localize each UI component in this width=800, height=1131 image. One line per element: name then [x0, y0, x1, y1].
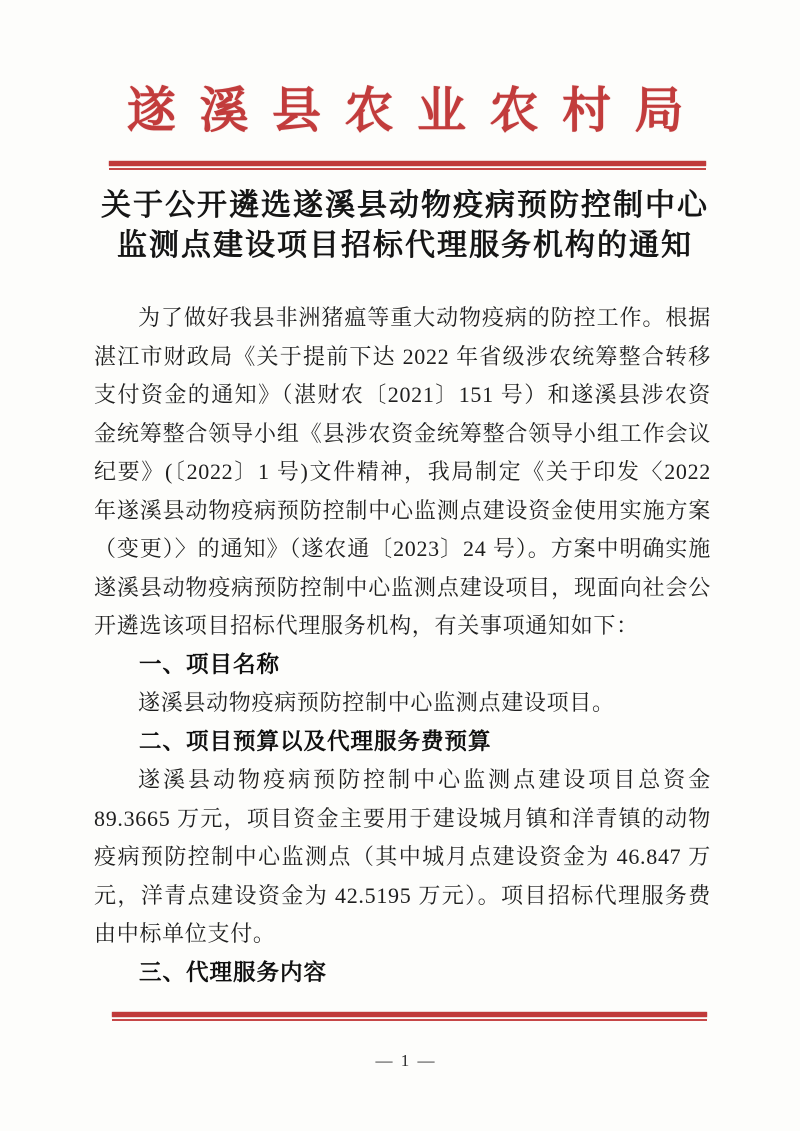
page-number: — 1 —: [0, 1050, 800, 1072]
section-2-heading: 二、项目预算以及代理服务费预算: [94, 723, 711, 762]
document-title-line-1: 关于公开遴选遂溪县动物疫病预防控制中心: [10, 186, 800, 226]
section-1-heading: 一、项目名称: [94, 646, 711, 685]
document-title: 关于公开遴选遂溪县动物疫病预防控制中心 监测点建设项目招标代理服务机构的通知: [0, 186, 800, 266]
intro-paragraph: 为了做好我县非洲猪瘟等重大动物疫病的防控工作。根据湛江市财政局《关于提前下达 2…: [94, 299, 711, 646]
document-title-line-2: 监测点建设项目招标代理服务机构的通知: [10, 226, 800, 266]
document-body: 为了做好我县非洲猪瘟等重大动物疫病的防控工作。根据湛江市财政局《关于提前下达 2…: [94, 299, 711, 992]
section-3-heading: 三、代理服务内容: [94, 954, 711, 993]
footer-divider-thin-line: [112, 1019, 707, 1021]
letterhead-divider-rule: [109, 161, 706, 170]
section-2-paragraph: 遂溪县动物疫病预防控制中心监测点建设项目总资金 89.3665 万元，项目资金主…: [94, 761, 711, 954]
section-1-paragraph: 遂溪县动物疫病预防控制中心监测点建设项目。: [94, 684, 711, 723]
letterhead-org-name: 遂溪县农业农村局: [0, 82, 800, 140]
scanned-document-page: 遂溪县农业农村局 关于公开遴选遂溪县动物疫病预防控制中心 监测点建设项目招标代理…: [0, 0, 800, 1131]
letterhead-divider-thin-line: [109, 168, 706, 170]
footer-divider-rule: [112, 1012, 707, 1021]
